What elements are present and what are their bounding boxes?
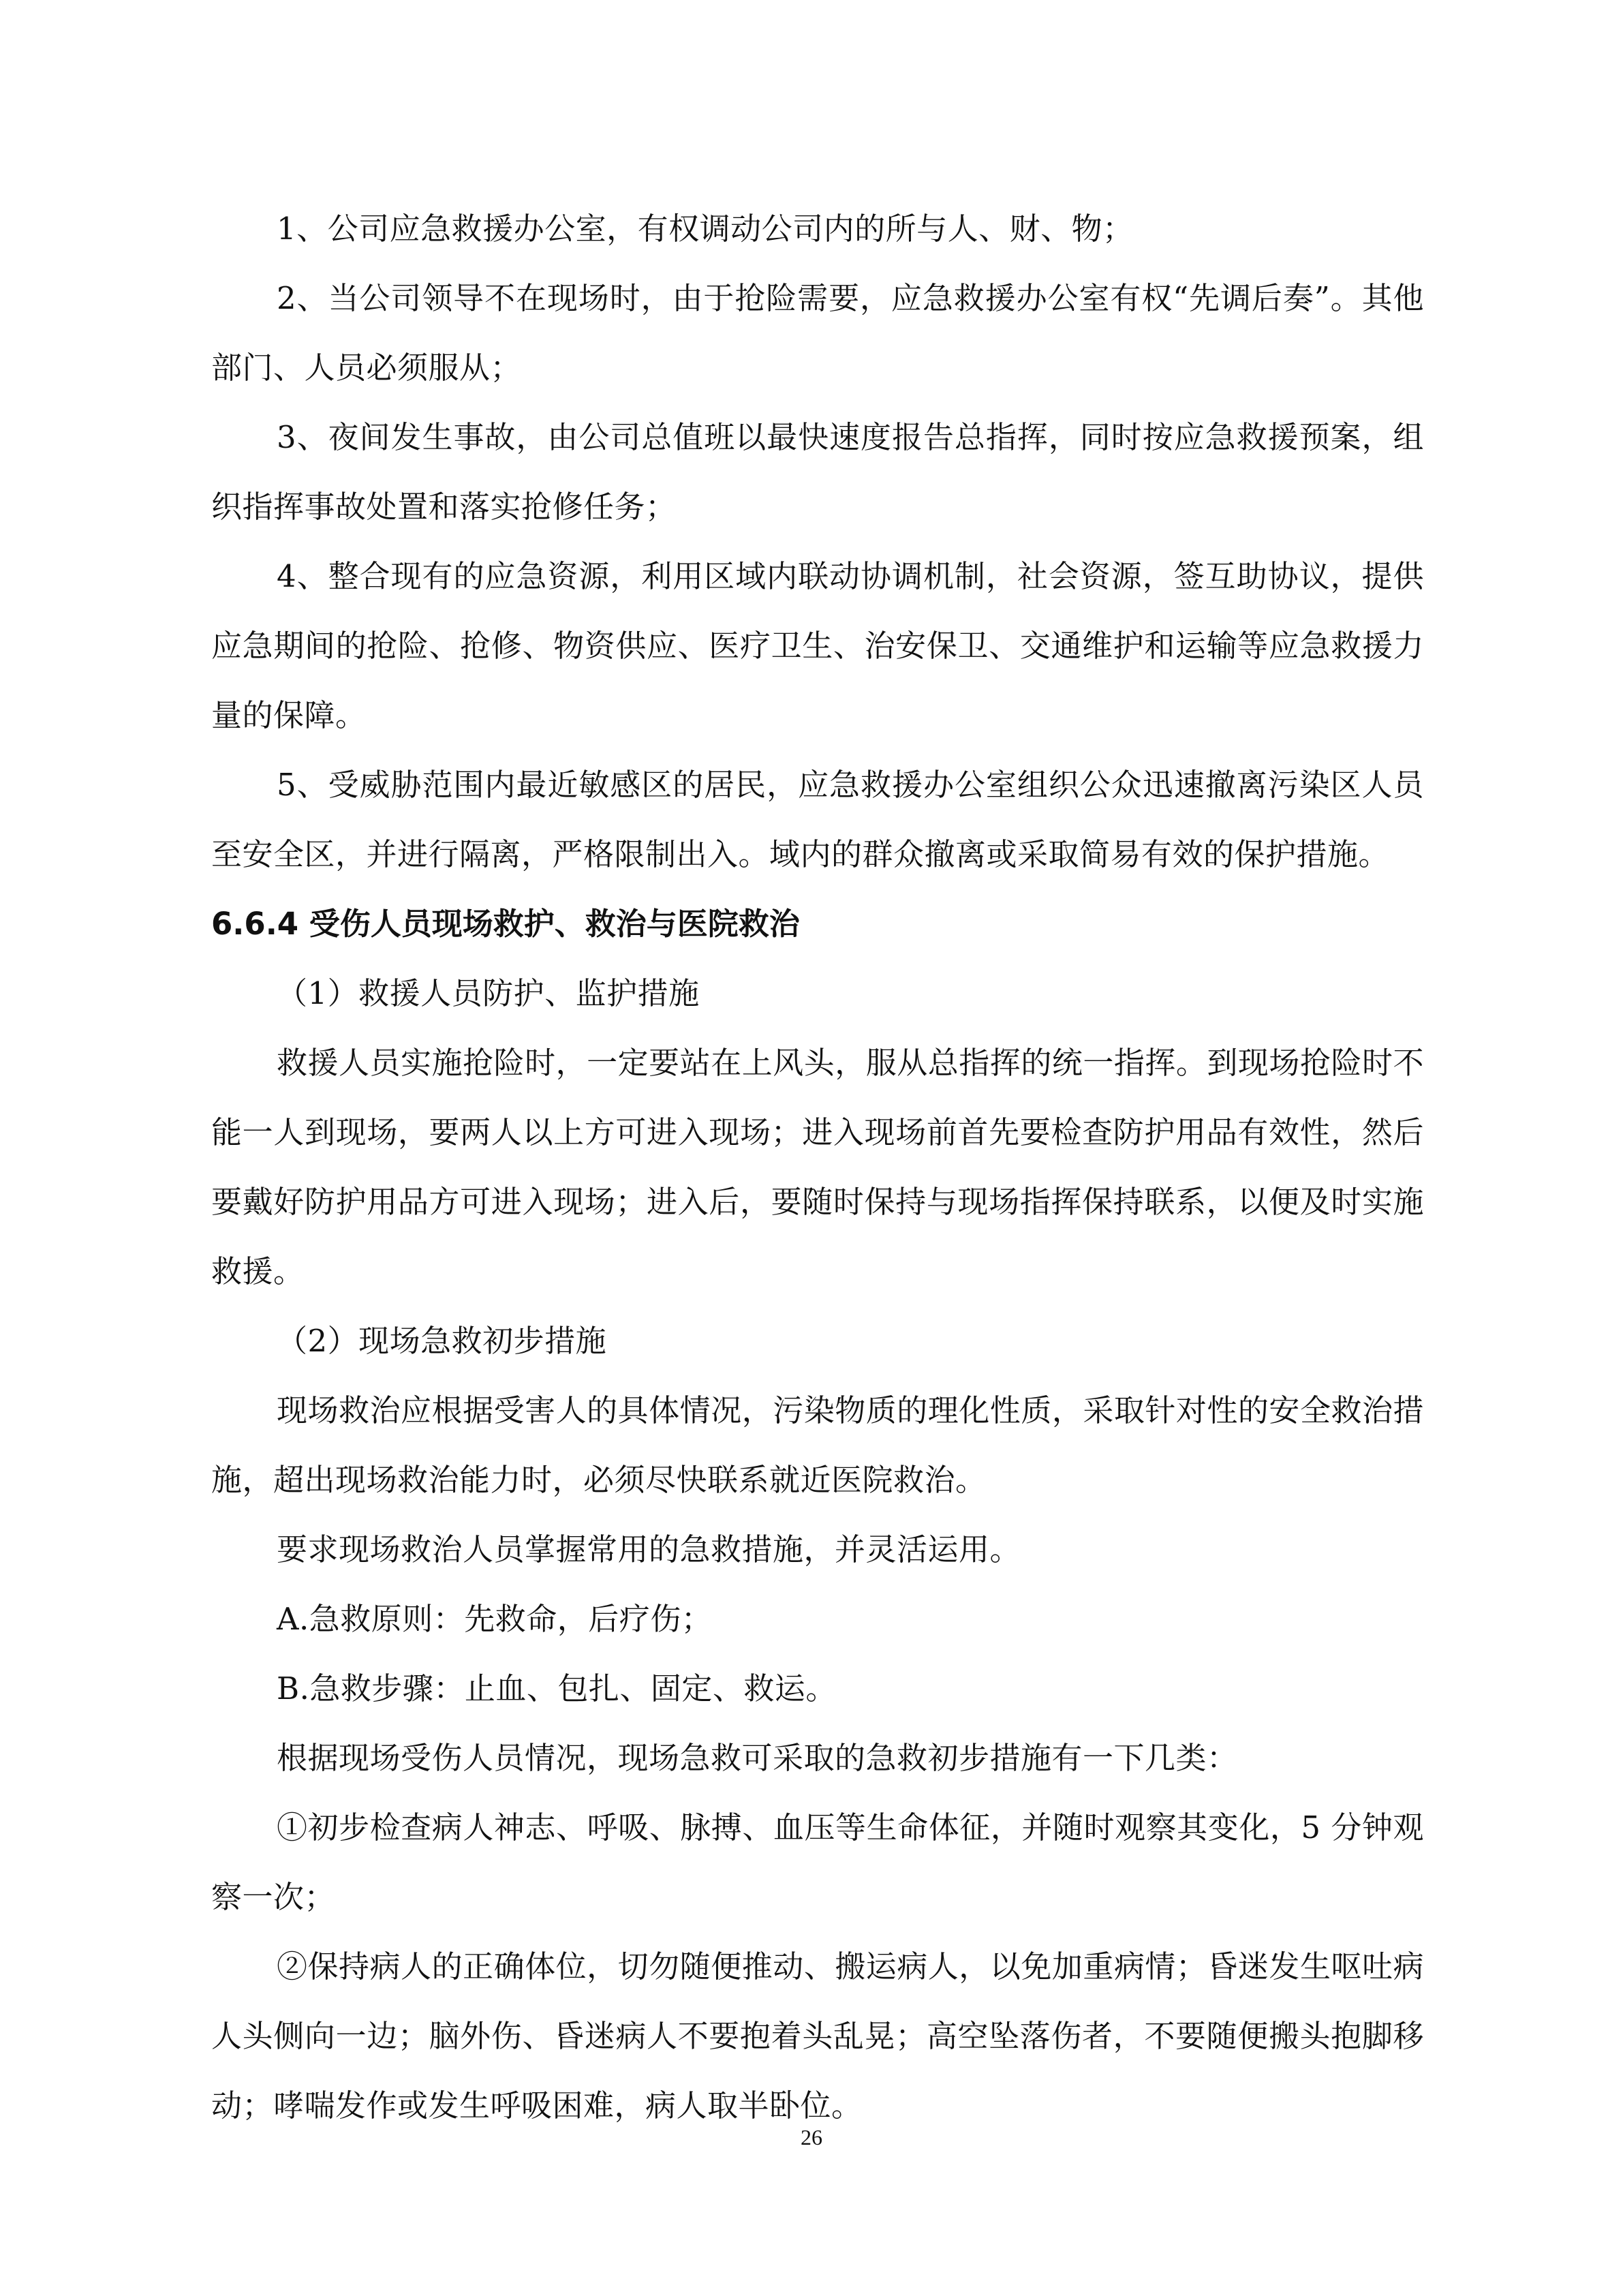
page-number: 26 [0, 2125, 1623, 2150]
first-aid-intro: 根据现场受伤人员情况，现场急救可采取的急救初步措施有一下几类： [211, 1724, 1424, 1793]
subsection-2-title: （2）现场急救初步措施 [211, 1306, 1424, 1376]
first-aid-steps: B.急救步骤：止血、包扎、固定、救运。 [211, 1654, 1424, 1724]
subsection-1-title: （1）救援人员防护、监护措施 [211, 959, 1424, 1028]
paragraph-5: 5、受威胁范围内最近敏感区的居民，应急救援办公室组织公众迅速撤离污染区人员至安全… [211, 750, 1424, 889]
document-page: 1、公司应急救援办公室，有权调动公司内的所与人、财、物； 2、当公司领导不在现场… [211, 194, 1424, 2141]
first-aid-principle: A.急救原则：先救命，后疗伤； [211, 1585, 1424, 1654]
paragraph-3: 3、夜间发生事故，由公司总值班以最快速度报告总指挥，同时按应急救援预案，组织指挥… [211, 403, 1424, 542]
section-heading: 6.6.4 受伤人员现场救护、救治与医院救治 [211, 889, 1424, 959]
subsection-2-paragraph-1: 现场救治应根据受害人的具体情况，污染物质的理化性质，采取针对性的安全救治措施，超… [211, 1376, 1424, 1515]
paragraph-2: 2、当公司领导不在现场时，由于抢险需要，应急救援办公室有权“先调后奏”。其他部门… [211, 264, 1424, 403]
subsection-2-paragraph-2: 要求现场救治人员掌握常用的急救措施，并灵活运用。 [211, 1515, 1424, 1585]
paragraph-1: 1、公司应急救援办公室，有权调动公司内的所与人、财、物； [211, 194, 1424, 264]
first-aid-measure-2: ②保持病人的正确体位，切勿随便推动、搬运病人，以免加重病情；昏迷发生呕吐病人头侧… [211, 1932, 1424, 2141]
paragraph-4: 4、整合现有的应急资源，利用区域内联动协调机制，社会资源，签互助协议，提供应急期… [211, 542, 1424, 750]
subsection-1-body: 救援人员实施抢险时，一定要站在上风头，服从总指挥的统一指挥。到现场抢险时不能一人… [211, 1028, 1424, 1306]
first-aid-measure-1: ①初步检查病人神志、呼吸、脉搏、血压等生命体征，并随时观察其变化，5 分钟观察一… [211, 1793, 1424, 1932]
